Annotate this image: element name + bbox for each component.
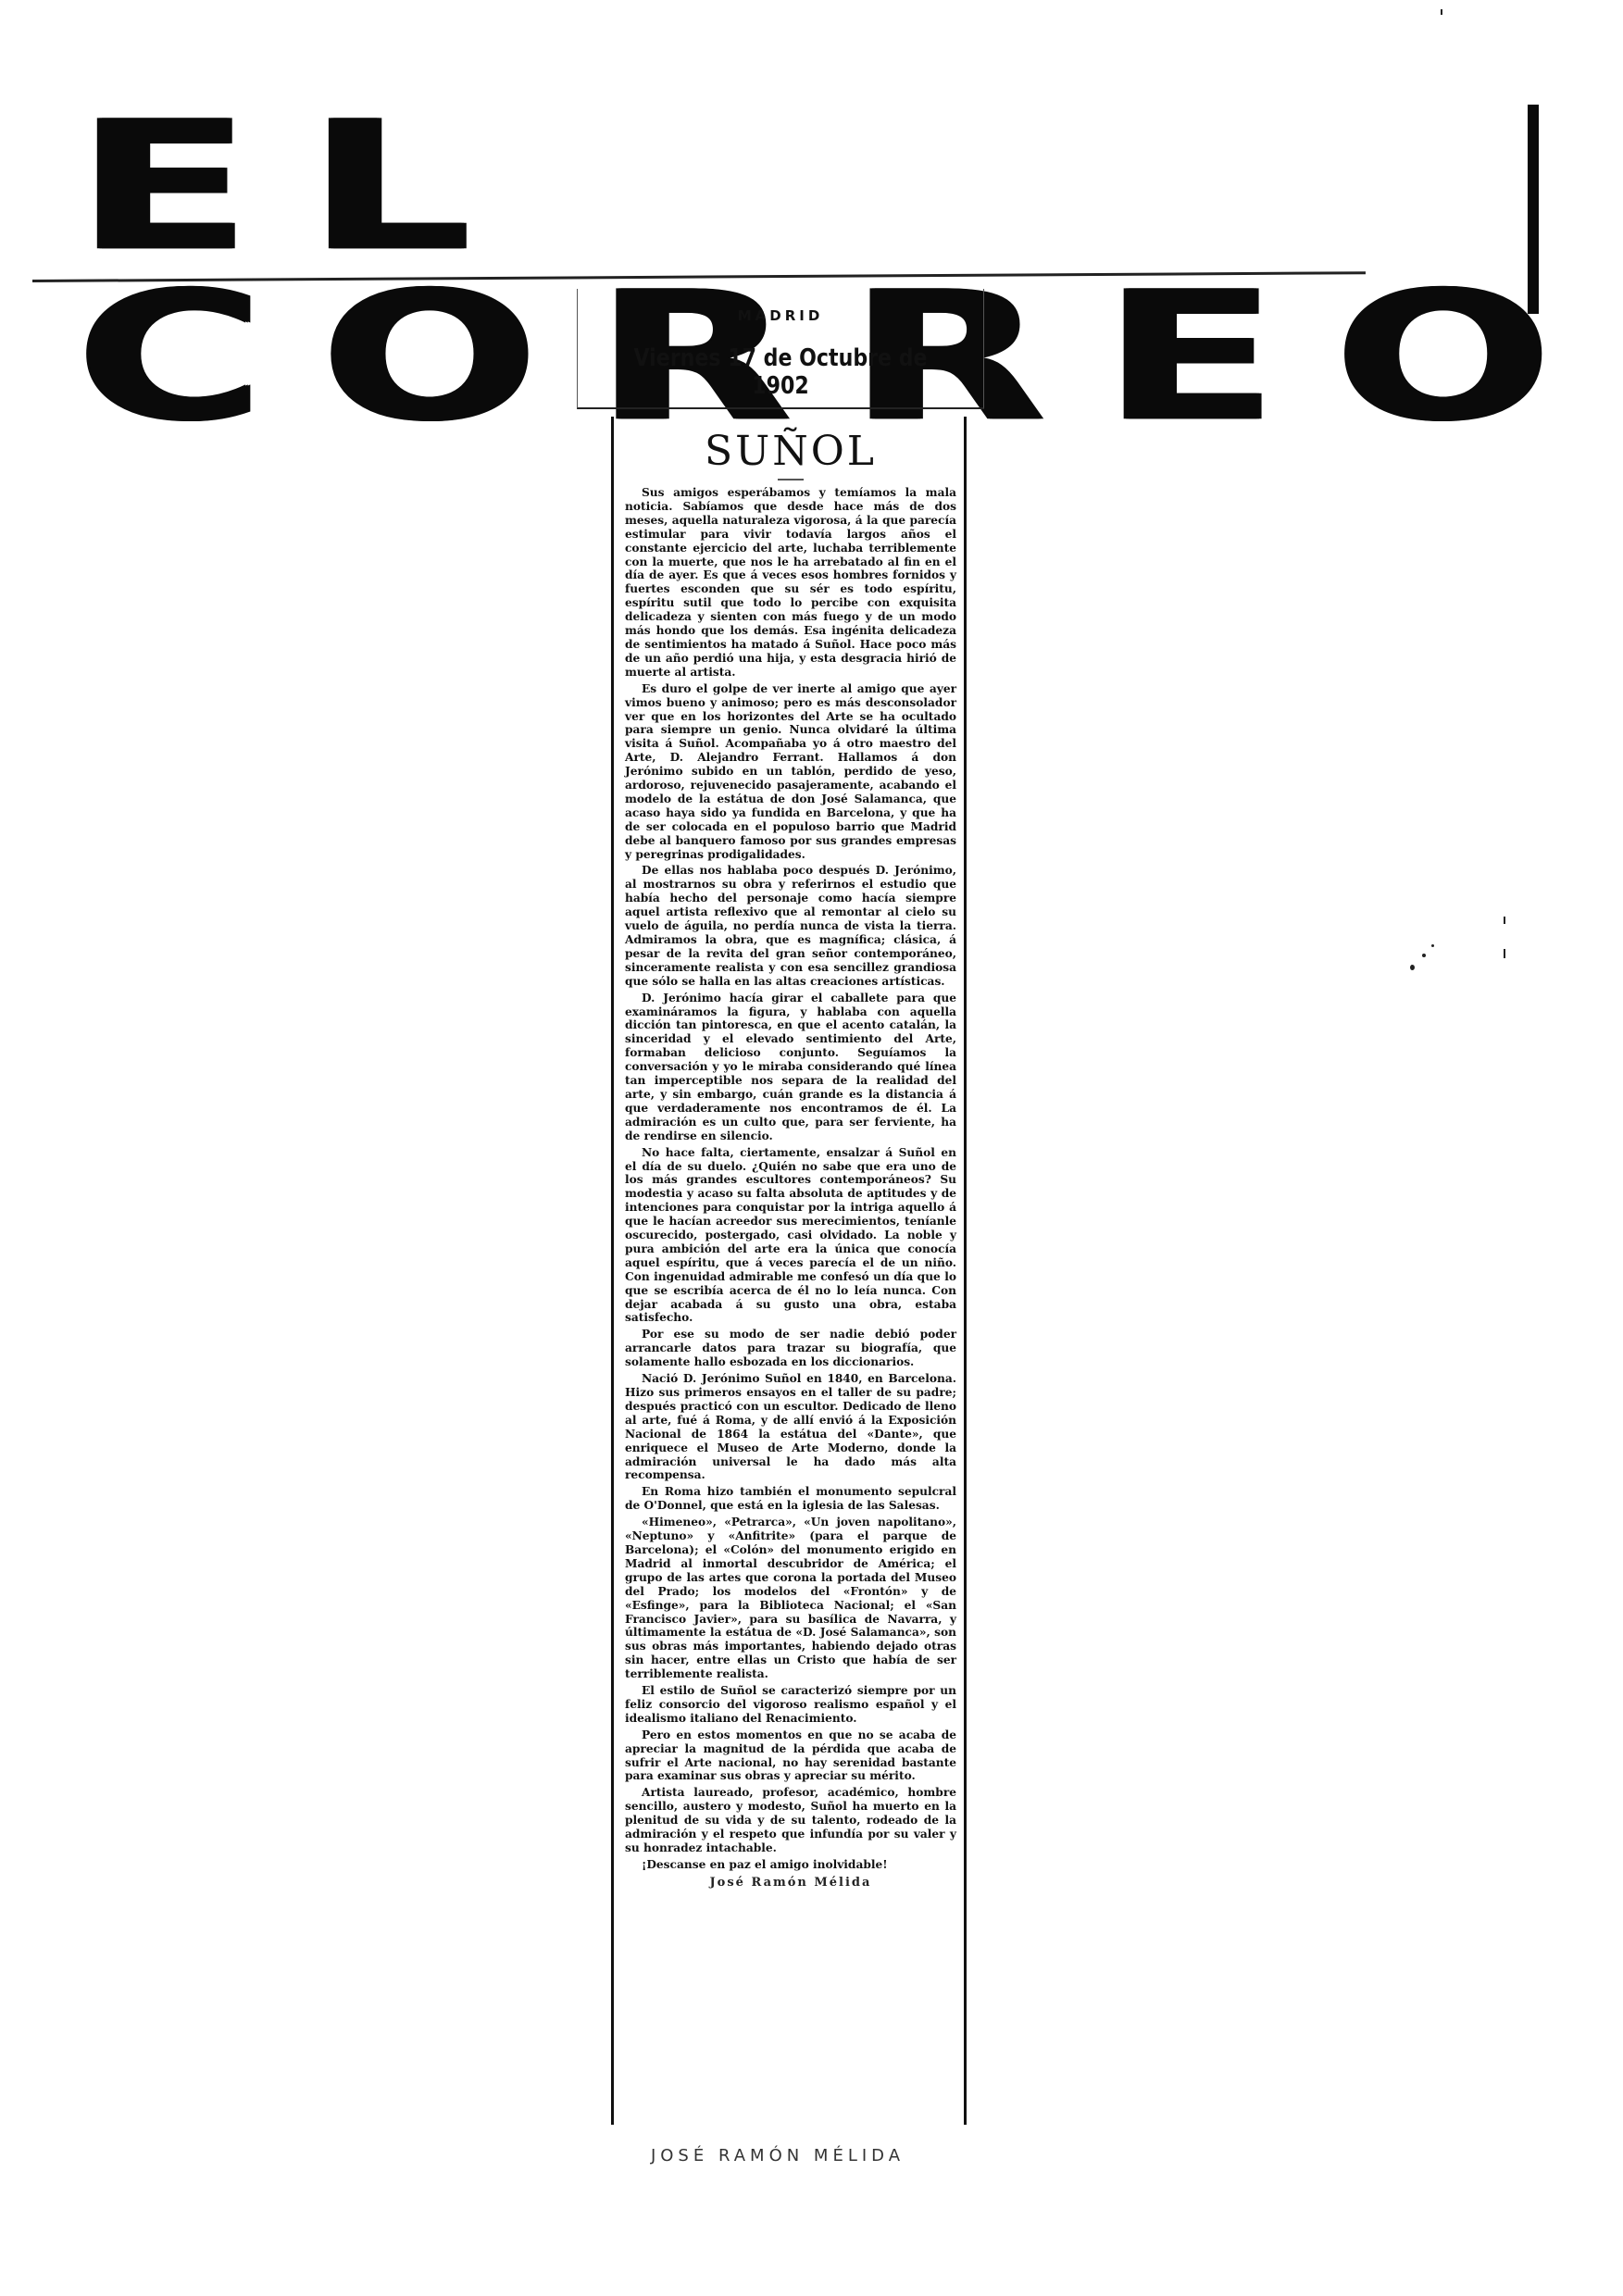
handwritten-signature: JOSÉ RAMÓN MÉLIDA bbox=[639, 2146, 917, 2165]
article-paragraph: De ellas nos hablaba poco después D. Jer… bbox=[625, 864, 956, 988]
article-paragraph: Es duro el golpe de ver inerte al amigo … bbox=[625, 682, 956, 862]
article-paragraph: Nació D. Jerónimo Suñol en 1840, en Barc… bbox=[625, 1372, 956, 1482]
masthead: EL CORREO bbox=[37, 102, 1370, 287]
title-divider bbox=[778, 479, 804, 480]
dateline-city: MADRID bbox=[578, 307, 983, 324]
scan-speck bbox=[1410, 965, 1415, 970]
article-column: SUÑOL Sus amigos esperábamos y temíamos … bbox=[611, 417, 967, 2125]
article-paragraph: Por ese su modo de ser nadie debió poder… bbox=[625, 1328, 956, 1369]
masthead-side-bar bbox=[1528, 105, 1539, 314]
scan-speck bbox=[1422, 954, 1426, 957]
scan-speck bbox=[1504, 917, 1505, 924]
scan-speck bbox=[1504, 949, 1505, 958]
article-paragraph: ¡Descanse en paz el amigo inolvidable! bbox=[625, 1858, 956, 1872]
printed-signature: José Ramón Mélida bbox=[625, 1876, 956, 1890]
scan-speck bbox=[1431, 944, 1434, 947]
article-paragraph: No hace falta, ciertamente, ensalzar á S… bbox=[625, 1146, 956, 1326]
article-title: SUÑOL bbox=[625, 428, 956, 475]
article-paragraph: D. Jerónimo hacía girar el caballete par… bbox=[625, 992, 956, 1143]
dateline-date: Viernes 17 de Octubre de 1902 bbox=[608, 344, 953, 400]
article-paragraph: Pero en estos momentos en que no se acab… bbox=[625, 1728, 956, 1784]
dateline-box: MADRID Viernes 17 de Octubre de 1902 bbox=[577, 289, 984, 409]
article-paragraph: En Roma hizo también el monumento sepulc… bbox=[625, 1485, 956, 1513]
article-paragraph: El estilo de Suñol se caracterizó siempr… bbox=[625, 1684, 956, 1726]
article-paragraph: Artista laureado, profesor, académico, h… bbox=[625, 1786, 956, 1855]
article-paragraph: «Himeneo», «Petrarca», «Un joven napolit… bbox=[625, 1516, 956, 1681]
article-paragraph: Sus amigos esperábamos y temíamos la mal… bbox=[625, 486, 956, 680]
scan-speck bbox=[1441, 9, 1442, 15]
